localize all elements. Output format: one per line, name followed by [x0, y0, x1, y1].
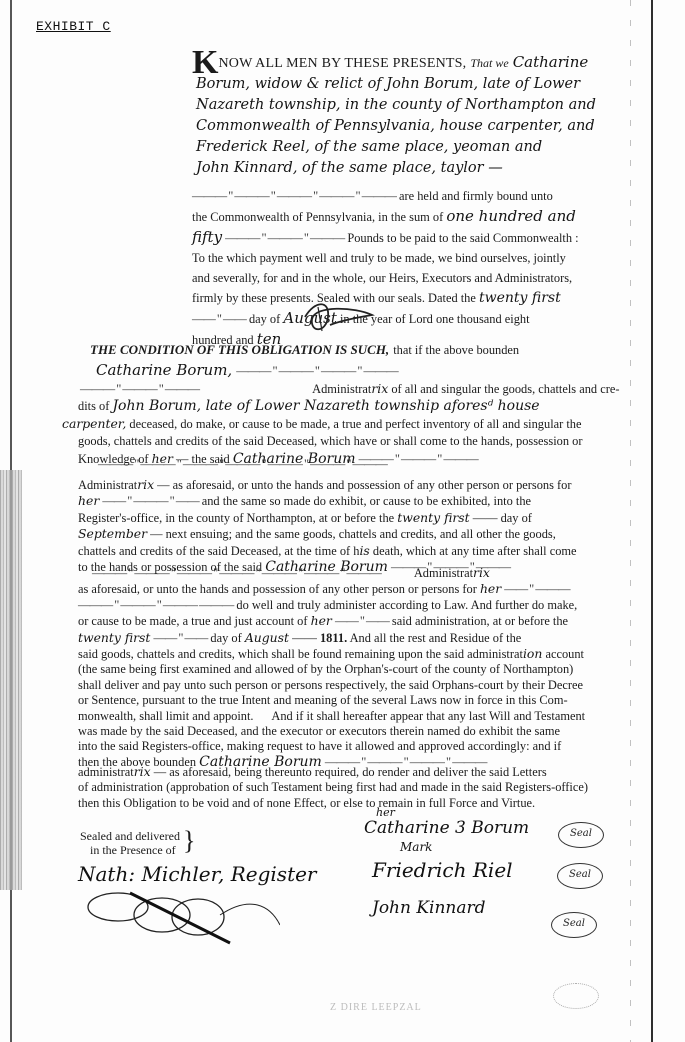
paragraph-text: said goods, chattels and credits, which … [78, 647, 523, 661]
blank-dashes: —— " —— [335, 614, 389, 628]
blank-dashes: ——— " ——— " ——— " ——— " ——— " ——— " ——— [78, 566, 381, 580]
paragraph-text: or cause to be made, a true and just acc… [78, 614, 307, 628]
bound-line: and severally, for and in the whole, our… [192, 268, 579, 288]
document-page: EXHIBIT C KNOW ALL MEN BY THESE PRESENTS… [0, 0, 685, 1042]
condition-heading: THE CONDITION OF THIS OBLIGATION IS SUCH… [90, 340, 519, 360]
sealed-text: in the Presence of [90, 843, 176, 857]
condition-text: of all and singular the goods, chattels … [391, 382, 619, 396]
admin-label: Administrat [78, 478, 137, 492]
paragraph-text: was made by the said Deceased, and the e… [78, 724, 585, 739]
paragraph-text: then this Obligation to be void and of n… [78, 796, 588, 811]
month-handwritten: August [245, 630, 289, 645]
seal-icon: Seal [557, 863, 603, 889]
admin-suffix-handwritten: rix [473, 565, 490, 580]
paragraph-text: next ensuing; and the same goods, chatte… [166, 527, 556, 541]
witness-signature: Nath: Michler, Register [78, 862, 317, 886]
admin-suffix-handwritten: rix [137, 477, 154, 492]
condition-text: goods, chattels and credits of the said … [78, 433, 619, 450]
admin-suffix-handwritten: rix [134, 764, 151, 779]
handwritten-line: Nazareth township, in the county of Nort… [196, 95, 596, 116]
signature-frederick-reel: Friedrich Riel [372, 858, 513, 882]
paragraph-text: day of [210, 631, 241, 645]
admin-label: Administrat [414, 566, 473, 580]
seal-icon: Seal [551, 912, 597, 938]
day-handwritten: twenty first [78, 630, 150, 645]
paragraph-text: do well and truly administer according t… [236, 598, 577, 612]
pronoun-handwritten: is [359, 543, 369, 558]
bound-section: ——— " ——— " ——— " ——— " ——— are held and… [192, 186, 579, 350]
paragraph-text: monwealth, shall limit and appoint. And … [78, 709, 585, 724]
paragraph-text: chattels and credits of the said Decease… [78, 544, 359, 558]
condition-text: that if the above bounden [393, 343, 519, 357]
mark-label: Mark [400, 840, 432, 854]
paragraph-exhibit-inventory: ——— " ——— " ——— " ——— " ——— " ——— " ——— … [78, 456, 577, 576]
handwritten-line: Borum, widow & relict of John Borum, lat… [196, 74, 596, 95]
paragraph-text: day of [501, 511, 532, 525]
suffix-handwritten: ion [523, 646, 542, 661]
paragraph-text: death, which at any time after shall com… [373, 544, 577, 558]
condition-text: dits of [78, 399, 109, 413]
pronoun-handwritten: her [480, 581, 501, 596]
paragraph-text: into the said Registers-office, making r… [78, 739, 585, 754]
flourish-icon [300, 295, 380, 340]
pronoun-handwritten: her [78, 493, 99, 508]
scan-noise-left [0, 470, 22, 890]
exhibit-label: EXHIBIT C [36, 19, 111, 34]
seal-icon: Seal [558, 822, 604, 848]
paragraph-void-clause: administratrix — as aforesaid, being the… [78, 764, 588, 811]
bound-line: day of [249, 312, 280, 326]
date-day-handwritten: twenty first [479, 290, 561, 306]
paragraph-text: account [545, 647, 584, 661]
condition-title: THE CONDITION OF THIS OBLIGATION IS SUCH… [90, 342, 389, 357]
paragraph-text: or Sentence, pursuant to the true Intent… [78, 693, 585, 708]
paragraph-text: shall deliver and pay unto such person o… [78, 678, 585, 693]
sum-handwritten: fifty [192, 228, 222, 246]
title-text: NOW ALL MEN BY THESE PRESENTS, [218, 56, 466, 71]
signature-john-kinnard: John Kinnard [372, 898, 486, 918]
pronoun-handwritten: her [311, 613, 332, 628]
header-handwriting: Borum, widow & relict of John Borum, lat… [196, 74, 596, 179]
admin-label: Administrat [312, 382, 371, 396]
bound-line: To the which payment well and truly to b… [192, 248, 579, 268]
blank-dashes: ——— " ——— " ——— " ——— " ——— " ——— " ——— [78, 456, 577, 473]
bounden-name-handwritten: Catharine Borum, [96, 361, 232, 379]
occupation-handwritten: carpenter, [62, 416, 126, 431]
paragraph-text: as aforesaid, or unto the hands and poss… [173, 478, 572, 492]
bounden-line: Catharine Borum, ——— " ——— " ——— " ——— [96, 360, 398, 381]
sum-handwritten: one hundred and [446, 207, 576, 225]
paragraph-text: And all the rest and Residue of the [350, 631, 522, 645]
month-handwritten: September [78, 526, 147, 541]
sealed-delivered-block: Sealed and delivered in the Presence of [80, 829, 180, 857]
blank-dashes: ——— " ——— " ——— [80, 382, 199, 396]
paragraph-text: said administration, at or before the [392, 614, 568, 628]
paragraph-text: Register's-office, in the county of Nort… [78, 511, 394, 525]
paragraph-text: of administration (approbation of such T… [78, 780, 588, 795]
bound-line: Pounds to be paid to the said Commonweal… [347, 231, 578, 245]
blank-dashes: —— " —— [192, 312, 246, 326]
handwritten-line: Frederick Reel, of the same place, yeoma… [196, 137, 596, 158]
blank-dashes: —— " ——— " —— [102, 494, 198, 508]
signature-catharine-borum: Catharine 3 Borum [364, 818, 529, 838]
handwritten-name: Catharine [513, 53, 589, 71]
blank-dashes: —— " ——— [504, 582, 569, 596]
paragraph-text: and the same so made do exhibit, or caus… [202, 494, 531, 508]
year-text: 1811. [320, 631, 347, 645]
brace-icon: } [183, 826, 195, 856]
blank-dashes: ——— " ——— " ——— " ——— [236, 364, 397, 378]
blank-dashes: ——— " ——— " ——— ——— [78, 598, 233, 612]
day-handwritten: twenty first [397, 510, 469, 525]
blank-dashes: —— " —— [153, 631, 207, 645]
lead-text: That we [470, 56, 508, 70]
bound-line: are held and firmly bound unto [399, 189, 553, 203]
admin-suffix-handwritten: rix [371, 381, 388, 396]
handwritten-line: John Kinnard, of the same place, taylor … [196, 158, 596, 179]
scan-border-right [651, 0, 653, 1042]
deceased-handwritten: John Borum, late of Lower Nazareth towns… [112, 398, 539, 414]
page-fold-line [630, 0, 631, 1042]
bound-line: the Commonwealth of Pennsylvania, in the… [192, 210, 443, 224]
paragraph-account: ——— " ——— " ——— " ——— " ——— " ——— " ——— … [78, 565, 585, 770]
blank-dashes: ——— " ——— " ——— " ——— " ——— [192, 189, 396, 203]
paragraph-text: as aforesaid, or unto the hands and poss… [78, 582, 477, 596]
condition-text: deceased, do make, or cause to be made, … [129, 417, 581, 431]
watermark-text: Z DIRE LEEPZAL [330, 1002, 422, 1013]
paragraph-text: as aforesaid, being thereunto required, … [169, 765, 546, 779]
condition-body: ——— " ——— " ——— Administratrix of all an… [78, 380, 619, 468]
sealed-text: Sealed and delivered [80, 829, 180, 843]
witness-flourish-icon [80, 885, 280, 945]
blank-dashes: ——— " ——— " ——— [225, 231, 344, 245]
admin-label: administrat [78, 765, 134, 779]
handwritten-line: Commonwealth of Pennsylvania, house carp… [196, 116, 596, 137]
faded-seal-icon [553, 983, 599, 1009]
paragraph-text: (the same being first examined and allow… [78, 662, 585, 677]
